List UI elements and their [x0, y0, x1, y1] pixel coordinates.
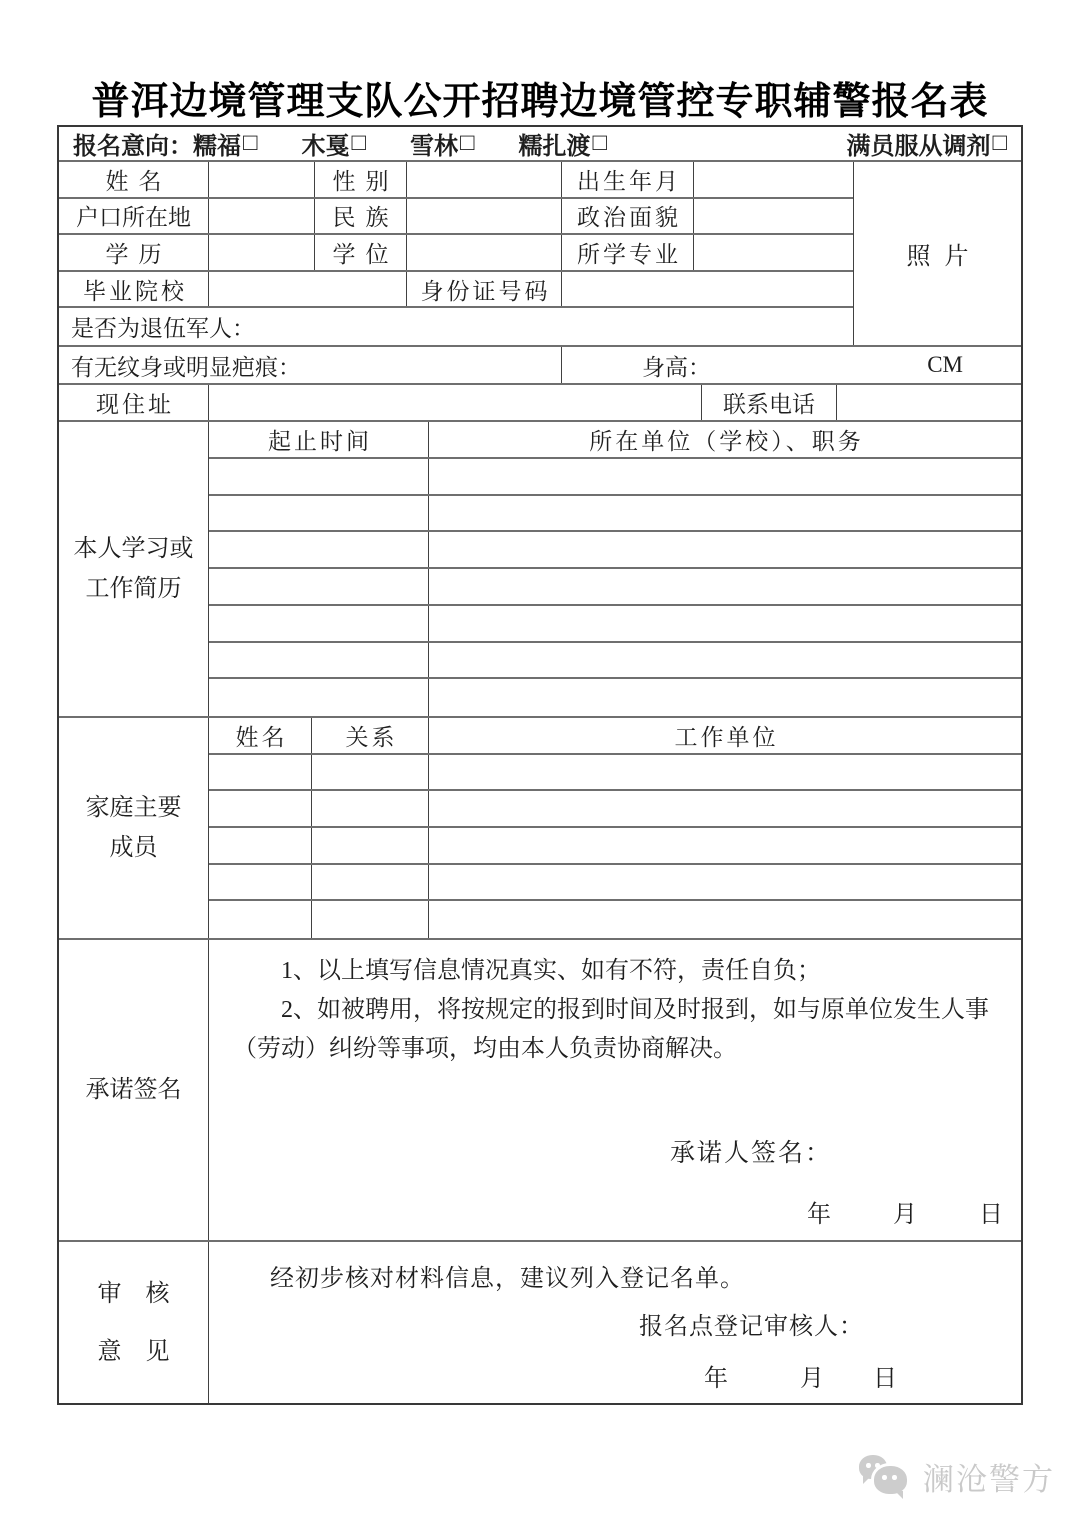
- review-section-label-line2: 意 见: [98, 1323, 170, 1381]
- resume-row: [209, 606, 1021, 643]
- commitment-date-line: 年 月 日: [807, 1194, 1003, 1229]
- veteran-input-cell[interactable]: 是否为退伍军人：: [59, 308, 853, 345]
- table-row: 学历 学位 所学专业: [59, 235, 853, 272]
- height-unit-label: CM: [927, 352, 963, 378]
- resume-time-cell[interactable]: [209, 532, 429, 567]
- commitment-content: 1、以上填写信息情况真实、如有不符，责任自负； 2、如被聘用，将按规定的报到时间…: [209, 940, 1021, 1240]
- id-number-input-cell[interactable]: [562, 272, 853, 307]
- intent-option-adjust-label: 满员服从调剂: [847, 126, 991, 161]
- date-day-label: 日: [873, 1358, 897, 1393]
- intent-option-muga[interactable]: 木戛 □: [302, 126, 367, 161]
- resume-time-cell[interactable]: [209, 459, 429, 494]
- family-section-label: 家庭主要 成员: [59, 718, 209, 938]
- tattoo-label: 有无纹身或明显疤痕：: [71, 349, 301, 382]
- family-name-cell[interactable]: [209, 791, 312, 826]
- resume-section-label-line2: 工作简历: [86, 569, 182, 609]
- height-input-cell[interactable]: 身高： CM: [562, 347, 1021, 383]
- resume-row: [209, 496, 1021, 533]
- intent-option-nuofu[interactable]: 糯福 □: [193, 126, 258, 161]
- resume-org-cell[interactable]: [429, 459, 1021, 494]
- ethnicity-input-cell[interactable]: [407, 199, 562, 234]
- family-header-row: 姓名 关系 工作单位: [209, 718, 1021, 755]
- resume-section-label: 本人学习或 工作简历: [59, 422, 209, 716]
- checkbox-icon[interactable]: □: [352, 130, 367, 157]
- intent-option-xuelin[interactable]: 雪林 □: [410, 126, 475, 161]
- resume-org-cell[interactable]: [429, 496, 1021, 531]
- address-input-cell[interactable]: [209, 385, 702, 420]
- commitment-section-label: 承诺签名: [59, 940, 209, 1240]
- intent-option-nuozhadu[interactable]: 糯扎渡 □: [519, 126, 608, 161]
- review-section-label-line1: 审 核: [98, 1265, 170, 1323]
- resume-time-cell[interactable]: [209, 569, 429, 604]
- reviewer-label: 报名点登记审核人：: [639, 1306, 864, 1341]
- family-col-relation-header: 关系: [312, 718, 429, 753]
- review-content: 经初步核对材料信息，建议列入登记名单。 报名点登记审核人： 年 月 日: [209, 1242, 1021, 1403]
- resume-col-org-header: 所在单位（学校）、职务: [429, 422, 1021, 457]
- resume-time-cell[interactable]: [209, 496, 429, 531]
- watermark-text: 澜沧警方: [923, 1454, 1055, 1499]
- watermark: 澜沧警方: [859, 1452, 1055, 1500]
- resume-row: [209, 459, 1021, 496]
- name-input-cell[interactable]: [209, 162, 315, 197]
- phone-label: 联系电话: [702, 385, 837, 420]
- family-row: [209, 865, 1021, 902]
- degree-label: 学位: [315, 235, 407, 270]
- name-label: 姓名: [59, 162, 209, 197]
- gender-input-cell[interactable]: [407, 162, 562, 197]
- family-col-name-header: 姓名: [209, 718, 312, 753]
- date-month-label: 月: [893, 1194, 917, 1229]
- resume-row: [209, 569, 1021, 606]
- resume-section-label-line1: 本人学习或: [74, 529, 194, 569]
- resume-row: [209, 532, 1021, 569]
- major-input-cell[interactable]: [694, 235, 853, 270]
- degree-input-cell[interactable]: [407, 235, 562, 270]
- family-relation-cell[interactable]: [312, 755, 429, 790]
- resume-org-cell[interactable]: [429, 679, 1021, 716]
- review-date-line: 年 月 日: [704, 1358, 897, 1393]
- table-row: 现住址 联系电话: [59, 385, 1021, 422]
- ethnicity-label: 民族: [315, 199, 407, 234]
- height-label: 身高：: [642, 349, 711, 382]
- family-org-cell[interactable]: [429, 865, 1021, 900]
- resume-time-cell[interactable]: [209, 679, 429, 716]
- commitment-clause-1: 1、以上填写信息情况真实、如有不符，责任自负；: [233, 952, 995, 991]
- veteran-label: 是否为退伍军人：: [71, 310, 255, 343]
- resume-org-cell[interactable]: [429, 606, 1021, 641]
- application-form-table: 报名意向： 糯福 □ 木戛 □ 雪林 □ 糯扎渡 □ 满员服从调剂 □ 姓名 性…: [57, 125, 1023, 1405]
- resume-section: 本人学习或 工作简历 起止时间 所在单位（学校）、职务: [59, 422, 1021, 718]
- family-org-cell[interactable]: [429, 791, 1021, 826]
- family-row: [209, 791, 1021, 828]
- graduate-school-label: 毕业院校: [59, 272, 209, 307]
- family-row: [209, 755, 1021, 792]
- resume-org-cell[interactable]: [429, 569, 1021, 604]
- date-month-label: 月: [800, 1358, 824, 1393]
- form-title: 普洱边境管理支队公开招聘边境管控专职辅警报名表: [0, 70, 1080, 125]
- gender-label: 性别: [315, 162, 407, 197]
- tattoo-input-cell[interactable]: 有无纹身或明显疤痕：: [59, 347, 562, 383]
- checkbox-icon[interactable]: □: [243, 130, 258, 157]
- family-relation-cell[interactable]: [312, 828, 429, 863]
- family-org-cell[interactable]: [429, 755, 1021, 790]
- political-status-label: 政治面貌: [562, 199, 694, 234]
- date-year-label: 年: [704, 1358, 728, 1393]
- family-col-org-header: 工作单位: [429, 718, 1021, 753]
- education-label: 学历: [59, 235, 209, 270]
- graduate-school-input-cell[interactable]: [209, 272, 407, 307]
- family-org-cell[interactable]: [429, 828, 1021, 863]
- application-form-page: { "title": "普洱边境管理支队公开招聘边境管控专职辅警报名表", "i…: [0, 0, 1080, 1527]
- checkbox-icon[interactable]: □: [593, 130, 608, 157]
- wechat-icon: [859, 1452, 913, 1500]
- basic-info-block: 姓名 性别 出生年月 户口所在地 民族 政治面貌 学历 学位 所学专业: [59, 162, 1021, 347]
- checkbox-icon[interactable]: □: [993, 130, 1008, 157]
- family-name-cell[interactable]: [209, 865, 312, 900]
- family-org-cell[interactable]: [429, 901, 1021, 938]
- intent-option-nuozhadu-label: 糯扎渡: [519, 126, 591, 161]
- family-row: [209, 901, 1021, 938]
- resume-row: [209, 679, 1021, 716]
- resume-org-cell[interactable]: [429, 643, 1021, 678]
- family-relation-cell[interactable]: [312, 791, 429, 826]
- major-label: 所学专业: [562, 235, 694, 270]
- family-section: 家庭主要 成员 姓名 关系 工作单位: [59, 718, 1021, 940]
- table-row: 户口所在地 民族 政治面貌: [59, 199, 853, 236]
- commitment-clause-2: 2、如被聘用，将按规定的报到时间及时报到，如与原单位发生人事（劳动）纠纷等事项，…: [233, 991, 995, 1069]
- intent-label: 报名意向：: [73, 126, 193, 161]
- resume-header-row: 起止时间 所在单位（学校）、职务: [209, 422, 1021, 459]
- table-row: 姓名 性别 出生年月: [59, 162, 853, 199]
- signer-label: 承诺人签名：: [670, 1133, 832, 1169]
- intent-row: 报名意向： 糯福 □ 木戛 □ 雪林 □ 糯扎渡 □ 满员服从调剂 □: [59, 127, 1021, 162]
- birthdate-label: 出生年月: [562, 162, 694, 197]
- birthdate-input-cell[interactable]: [694, 162, 853, 197]
- household-label: 户口所在地: [59, 199, 209, 234]
- checkbox-icon[interactable]: □: [460, 130, 475, 157]
- household-input-cell[interactable]: [209, 199, 315, 234]
- commitment-section: 承诺签名 1、以上填写信息情况真实、如有不符，责任自负； 2、如被聘用，将按规定…: [59, 940, 1021, 1242]
- resume-row: [209, 643, 1021, 680]
- intent-option-adjust[interactable]: 满员服从调剂 □: [847, 126, 1008, 161]
- review-statement: 经初步核对材料信息，建议列入登记名单。: [270, 1258, 745, 1293]
- intent-option-xuelin-label: 雪林: [410, 126, 458, 161]
- intent-option-muga-label: 木戛: [302, 126, 350, 161]
- family-name-cell[interactable]: [209, 828, 312, 863]
- review-section: 审 核 意 见 经初步核对材料信息，建议列入登记名单。 报名点登记审核人： 年 …: [59, 1242, 1021, 1403]
- date-day-label: 日: [979, 1194, 1003, 1229]
- political-status-input-cell[interactable]: [694, 199, 853, 234]
- family-section-label-line2: 成员: [110, 828, 158, 868]
- family-name-cell[interactable]: [209, 755, 312, 790]
- address-label: 现住址: [59, 385, 209, 420]
- resume-org-cell[interactable]: [429, 532, 1021, 567]
- review-section-label: 审 核 意 见: [59, 1242, 209, 1403]
- family-row: [209, 828, 1021, 865]
- table-row: 毕业院校 身份证号码: [59, 272, 853, 309]
- date-year-label: 年: [807, 1194, 831, 1229]
- family-relation-cell[interactable]: [312, 865, 429, 900]
- resume-time-cell[interactable]: [209, 606, 429, 641]
- table-row: 有无纹身或明显疤痕： 身高： CM: [59, 347, 1021, 385]
- phone-input-cell[interactable]: [837, 385, 1021, 420]
- table-row: 是否为退伍军人：: [59, 308, 853, 345]
- family-section-label-line1: 家庭主要: [86, 788, 182, 828]
- photo-box[interactable]: 照片: [854, 162, 1021, 345]
- family-relation-cell[interactable]: [312, 901, 429, 938]
- commitment-section-label-text: 承诺签名: [86, 1070, 182, 1110]
- id-number-label: 身份证号码: [407, 272, 562, 307]
- intent-option-nuofu-label: 糯福: [193, 126, 241, 161]
- education-input-cell[interactable]: [209, 235, 315, 270]
- resume-time-cell[interactable]: [209, 643, 429, 678]
- family-name-cell[interactable]: [209, 901, 312, 938]
- resume-col-time-header: 起止时间: [209, 422, 429, 457]
